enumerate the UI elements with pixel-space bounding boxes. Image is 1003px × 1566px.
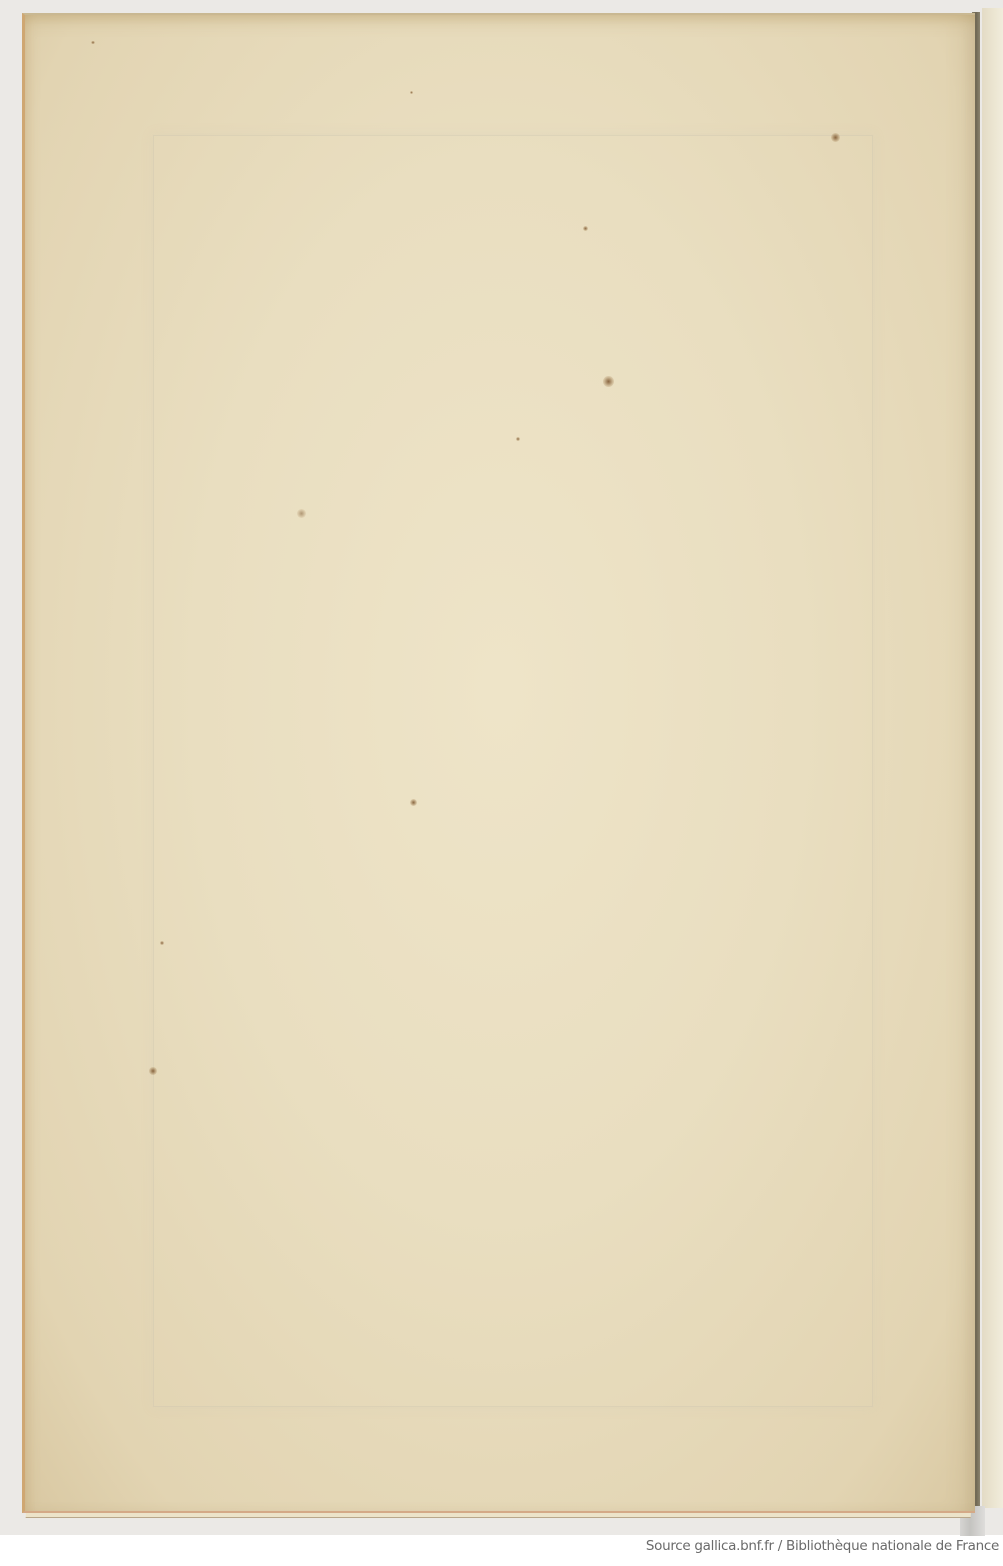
adjacent-page-edge <box>982 8 1003 1508</box>
source-credit: Source gallica.bnf.fr / Bibliothèque nat… <box>646 1538 999 1554</box>
foxing-spot <box>410 91 413 94</box>
plate-mark-impression <box>153 135 873 1407</box>
foxing-spot <box>297 509 306 518</box>
scan-image <box>0 0 1003 1535</box>
document-viewer: Source gallica.bnf.fr / Bibliothèque nat… <box>0 0 1003 1566</box>
foxing-spot <box>831 133 840 142</box>
foxing-spot <box>91 41 95 44</box>
paper-leaf <box>22 13 975 1513</box>
foxing-spot <box>410 799 417 806</box>
foxing-spot <box>583 226 588 231</box>
foxing-spot <box>516 437 520 441</box>
foxing-spot <box>160 941 164 945</box>
foxing-spot <box>149 1067 157 1075</box>
foxing-spot <box>603 376 614 387</box>
